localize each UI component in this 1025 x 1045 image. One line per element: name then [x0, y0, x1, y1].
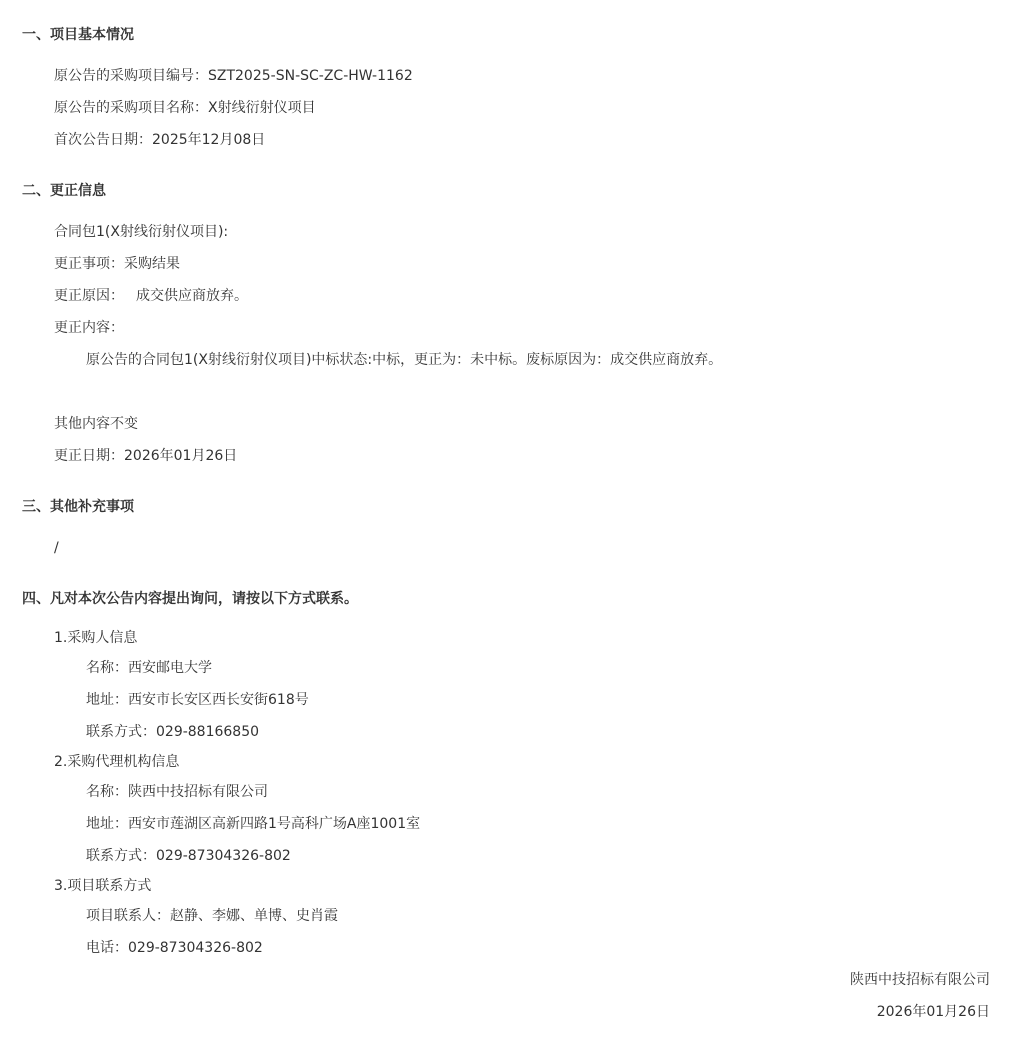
agency-contact-value: 029-87304326-802: [156, 848, 291, 864]
purchaser-name: 名称：西安邮电大学: [86, 658, 212, 678]
correction-date-label: 更正日期：: [54, 448, 124, 464]
project-contact-persons: 项目联系人：赵静、李娜、单博、史肖霞: [86, 906, 338, 926]
correction-reason-label: 更正原因：: [54, 288, 124, 304]
agency-name-value: 陕西中技招标有限公司: [128, 784, 268, 800]
correction-content-text: 原公告的合同包1(X射线衍射仪项目)中标状态:中标，更正为：未中标。废标原因为：…: [86, 350, 722, 370]
agency-contact: 联系方式：029-87304326-802: [86, 846, 291, 866]
section-heading-basic-info: 一、项目基本情况: [22, 25, 134, 45]
original-project-name-label: 原公告的采购项目名称：: [54, 100, 208, 116]
correction-date: 更正日期：2026年01月26日: [54, 446, 237, 466]
agency-name-label: 名称：: [86, 784, 128, 800]
agency-address-value: 西安市莲湖区高新四路1号高科广场A座1001室: [128, 816, 420, 832]
correction-item-label: 更正事项：: [54, 256, 124, 272]
project-contact-persons-value: 赵静、李娜、单博、史肖霞: [170, 908, 338, 924]
project-contact-persons-label: 项目联系人：: [86, 908, 170, 924]
footer-date: 2026年01月26日: [877, 1002, 990, 1022]
purchaser-contact: 联系方式：029-88166850: [86, 722, 259, 742]
original-project-number-label: 原公告的采购项目编号：: [54, 68, 208, 84]
purchaser-name-value: 西安邮电大学: [128, 660, 212, 676]
other-content-unchanged: 其他内容不变: [54, 414, 138, 434]
project-contact-phone-value: 029-87304326-802: [128, 940, 263, 956]
original-project-name-value: X射线衍射仪项目: [208, 100, 316, 116]
agency-address-label: 地址：: [86, 816, 128, 832]
project-contact-phone-label: 电话：: [86, 940, 128, 956]
correction-reason: 更正原因：成交供应商放弃。: [54, 286, 248, 306]
supplementary-content: /: [54, 538, 59, 558]
agency-address: 地址：西安市莲湖区高新四路1号高科广场A座1001室: [86, 814, 420, 834]
original-project-number-value: SZT2025-SN-SC-ZC-HW-1162: [208, 68, 413, 84]
agency-info-title: 2.采购代理机构信息: [54, 752, 179, 772]
project-contact-phone: 电话：029-87304326-802: [86, 938, 263, 958]
first-announcement-date: 首次公告日期：2025年12月08日: [54, 130, 265, 150]
correction-item-value: 采购结果: [124, 256, 180, 272]
correction-content-label: 更正内容：: [54, 318, 124, 338]
purchaser-address: 地址：西安市长安区西长安街618号: [86, 690, 309, 710]
agency-name: 名称：陕西中技招标有限公司: [86, 782, 268, 802]
agency-contact-label: 联系方式：: [86, 848, 156, 864]
correction-item: 更正事项：采购结果: [54, 254, 180, 274]
contract-package: 合同包1(X射线衍射仪项目):: [54, 222, 228, 242]
purchaser-contact-label: 联系方式：: [86, 724, 156, 740]
original-project-name: 原公告的采购项目名称：X射线衍射仪项目: [54, 98, 316, 118]
section-heading-supplementary: 三、其他补充事项: [22, 497, 134, 517]
correction-date-value: 2026年01月26日: [124, 448, 237, 464]
footer-company: 陕西中技招标有限公司: [850, 970, 990, 990]
first-announcement-date-label: 首次公告日期：: [54, 132, 152, 148]
purchaser-address-label: 地址：: [86, 692, 128, 708]
purchaser-name-label: 名称：: [86, 660, 128, 676]
purchaser-address-value: 西安市长安区西长安街618号: [128, 692, 309, 708]
first-announcement-date-value: 2025年12月08日: [152, 132, 265, 148]
section-heading-correction-info: 二、更正信息: [22, 181, 106, 201]
section-heading-contact: 四、凡对本次公告内容提出询问，请按以下方式联系。: [22, 589, 358, 609]
project-contact-title: 3.项目联系方式: [54, 876, 151, 896]
purchaser-info-title: 1.采购人信息: [54, 628, 137, 648]
original-project-number: 原公告的采购项目编号：SZT2025-SN-SC-ZC-HW-1162: [54, 66, 413, 86]
correction-reason-value: 成交供应商放弃。: [136, 288, 248, 304]
purchaser-contact-value: 029-88166850: [156, 724, 259, 740]
